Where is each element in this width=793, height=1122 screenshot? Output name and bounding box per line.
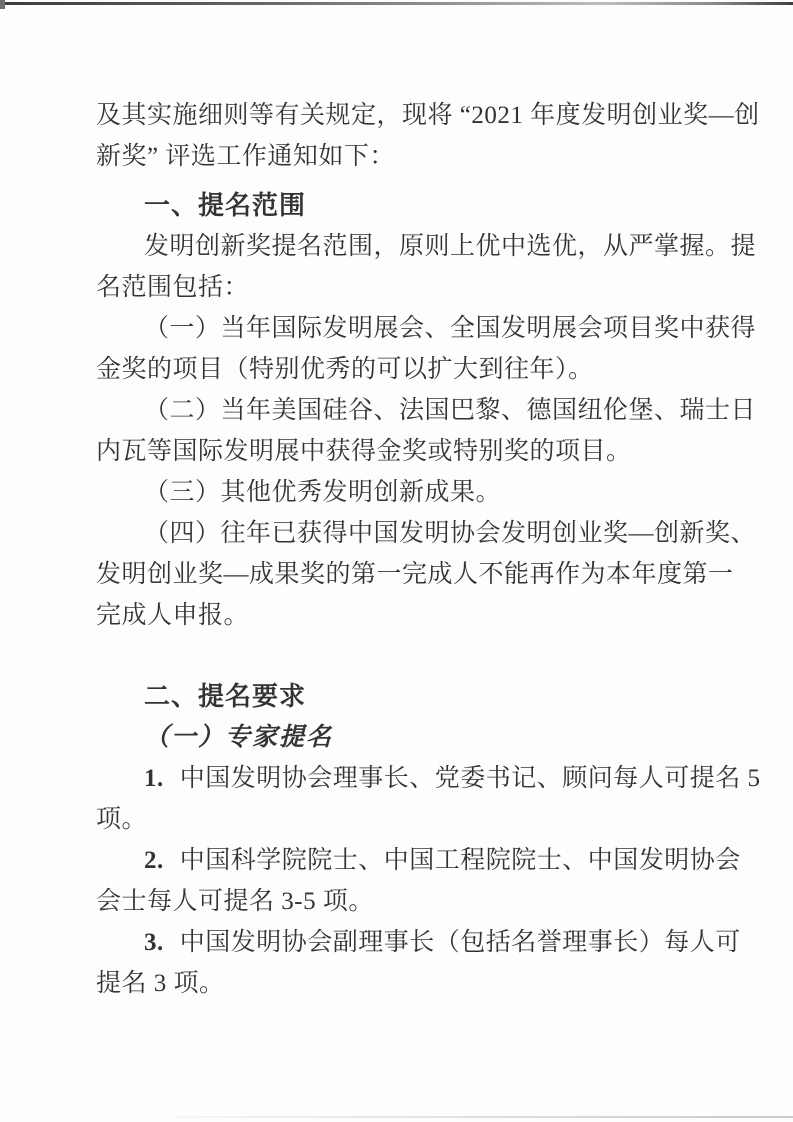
section2-item3-line-2: 提名 3 项。 bbox=[96, 963, 708, 1004]
section1-item4-line-1: （四）往年已获得中国发明协会发明创业奖—创新奖、 bbox=[96, 513, 708, 554]
section1-item2-line-2: 内瓦等国际发明展中获得金奖或特别奖的项目。 bbox=[96, 431, 708, 472]
item-number: 3. bbox=[144, 929, 164, 956]
section2-item1-line-1: 1.中国发明协会理事长、党委书记、顾问每人可提名 5 bbox=[96, 758, 708, 799]
section2-heading: 二、提名要求 bbox=[96, 676, 708, 717]
intro-line-1: 及其实施细则等有关规定，现将 “2021 年度发明创业奖—创 bbox=[96, 95, 708, 136]
item-number: 2. bbox=[144, 847, 164, 874]
section2-item1-line-2: 项。 bbox=[96, 799, 708, 840]
section1-item4-line-2: 发明创业奖—成果奖的第一完成人不能再作为本年度第一 bbox=[96, 554, 708, 595]
scan-artifact-top-edge bbox=[0, 2, 793, 5]
section1-heading: 一、提名范围 bbox=[96, 185, 708, 226]
scan-artifact-bottom-edge bbox=[175, 1116, 793, 1118]
section1-para1-line-1: 发明创新奖提名范围，原则上优中选优，从严掌握。提 bbox=[96, 226, 708, 267]
scan-artifact-top-left-corner bbox=[0, 0, 5, 9]
section1-item3-line-1: （三）其他优秀发明创新成果。 bbox=[96, 472, 708, 513]
section1-item2-line-1: （二）当年美国硅谷、法国巴黎、德国纽伦堡、瑞士日 bbox=[96, 390, 708, 431]
item-text: 中国科学院院士、中国工程院院士、中国发明协会 bbox=[180, 847, 741, 874]
section2-item2-line-2: 会士每人可提名 3-5 项。 bbox=[96, 881, 708, 922]
item-text: 中国发明协会副理事长（包括名誉理事长）每人可 bbox=[180, 929, 741, 956]
section1-item1-line-1: （一）当年国际发明展会、全国发明展会项目奖中获得 bbox=[96, 308, 708, 349]
item-text: 中国发明协会理事长、党委书记、顾问每人可提名 5 bbox=[180, 765, 761, 792]
item-number: 1. bbox=[144, 765, 164, 792]
section2-item3-line-1: 3.中国发明协会副理事长（包括名誉理事长）每人可 bbox=[96, 922, 708, 963]
scanned-document-page: 及其实施细则等有关规定，现将 “2021 年度发明创业奖—创 新奖” 评选工作通… bbox=[0, 0, 793, 1122]
section1-para1-line-2: 名范围包括： bbox=[96, 267, 708, 308]
document-body: 及其实施细则等有关规定，现将 “2021 年度发明创业奖—创 新奖” 评选工作通… bbox=[96, 95, 708, 1004]
section1-item4-line-3: 完成人申报。 bbox=[96, 595, 708, 636]
intro-line-2: 新奖” 评选工作通知如下： bbox=[96, 136, 708, 177]
section2-sub1-heading: （一）专家提名 bbox=[96, 717, 708, 758]
section1-item1-line-2: 金奖的项目（特别优秀的可以扩大到往年）。 bbox=[96, 349, 708, 390]
section2-item2-line-1: 2.中国科学院院士、中国工程院院士、中国发明协会 bbox=[96, 840, 708, 881]
